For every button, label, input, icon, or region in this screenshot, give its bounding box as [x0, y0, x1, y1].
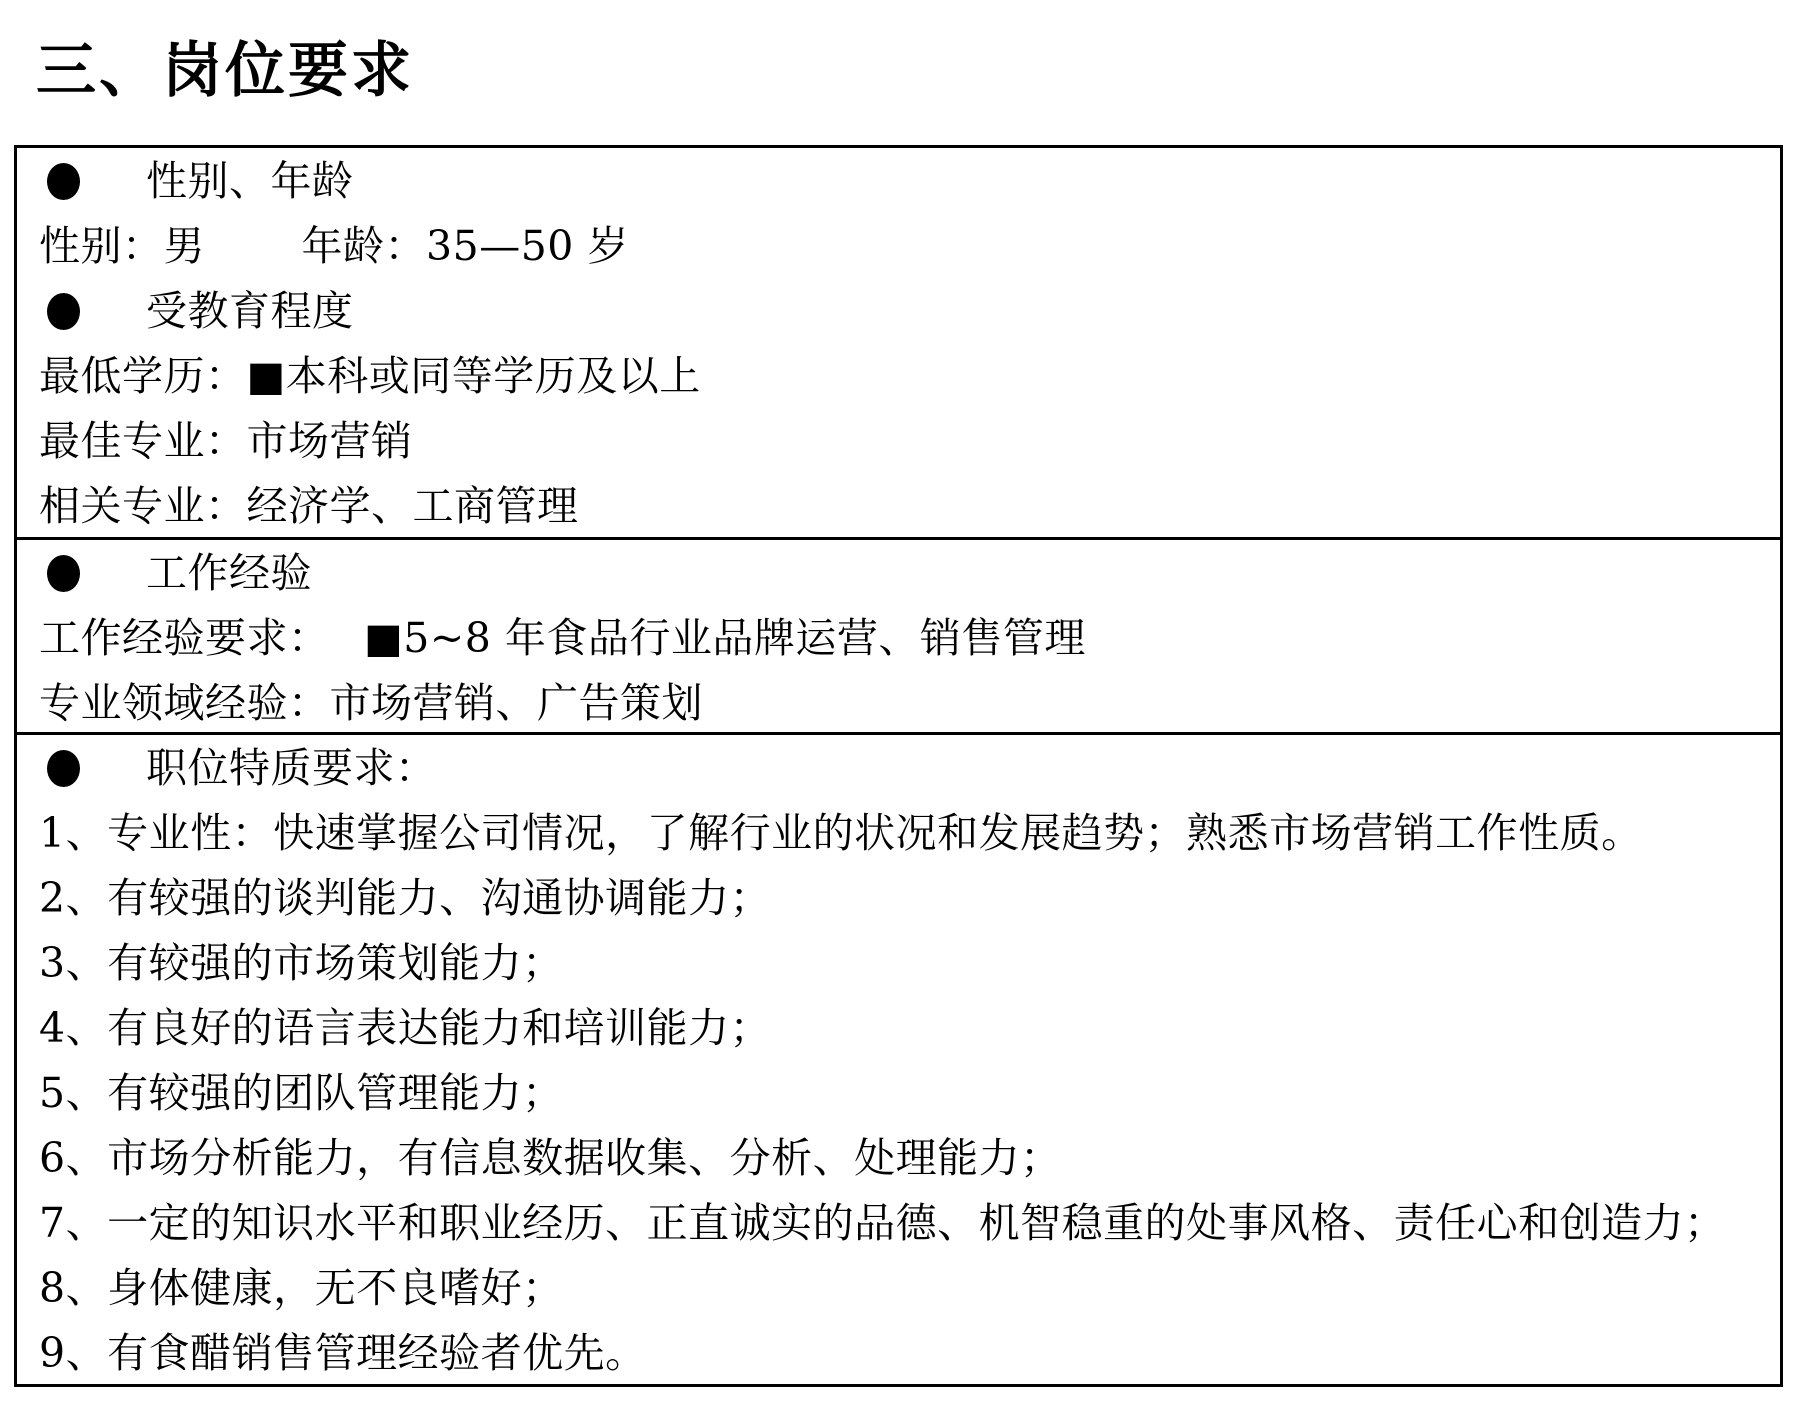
list-item: 4、有良好的语言表达能力和培训能力；	[17, 996, 1780, 1061]
line-text: 9、有食醋销售管理经验者优先。	[39, 1333, 647, 1374]
bullet-icon	[47, 163, 80, 200]
text-line: 工作经验要求： ■5~8 年食品行业品牌运营、销售管理	[17, 606, 1780, 671]
text-line: 职位特质要求：	[17, 736, 1780, 801]
line-text: 8、身体健康，无不良嗜好；	[39, 1268, 564, 1309]
line-text: 性别：男 年龄：35—50 岁	[39, 226, 629, 267]
list-item: 6、市场分析能力，有信息数据收集、分析、处理能力；	[17, 1126, 1780, 1191]
text-line: 性别、年龄	[17, 149, 1780, 214]
line-text: 性别、年龄	[146, 161, 354, 202]
table-row-work-experience: 工作经验 工作经验要求： ■5~8 年食品行业品牌运营、销售管理 专业领域经验：…	[17, 540, 1780, 735]
requirements-table: 性别、年龄 性别：男 年龄：35—50 岁 受教育程度 最低学历：■本科或同等学…	[14, 145, 1783, 1387]
line-text: 6、市场分析能力，有信息数据收集、分析、处理能力；	[39, 1138, 1062, 1179]
line-text: 最低学历：■本科或同等学历及以上	[39, 356, 701, 397]
list-item: 8、身体健康，无不良嗜好；	[17, 1256, 1780, 1321]
table-row-basic-info: 性别、年龄 性别：男 年龄：35—50 岁 受教育程度 最低学历：■本科或同等学…	[17, 148, 1780, 540]
bullet-icon	[47, 750, 80, 787]
list-item: 1、专业性：快速掌握公司情况，了解行业的状况和发展趋势；熟悉市场营销工作性质。	[17, 801, 1780, 866]
text-line: 受教育程度	[17, 279, 1780, 344]
text-line: 工作经验	[17, 541, 1780, 606]
list-item: 7、一定的知识水平和职业经历、正直诚实的品德、机智稳重的处事风格、责任心和创造力…	[17, 1191, 1780, 1256]
line-text: 7、一定的知识水平和职业经历、正直诚实的品德、机智稳重的处事风格、责任心和创造力…	[39, 1203, 1726, 1244]
text-line: 最佳专业：市场营销	[17, 409, 1780, 474]
text-line: 性别：男 年龄：35—50 岁	[17, 214, 1780, 279]
table-row-position-traits: 职位特质要求： 1、专业性：快速掌握公司情况，了解行业的状况和发展趋势；熟悉市场…	[17, 735, 1780, 1386]
line-text: 专业领域经验：市场营销、广告策划	[39, 683, 703, 724]
list-item: 2、有较强的谈判能力、沟通协调能力；	[17, 866, 1780, 931]
line-text: 工作经验	[146, 553, 312, 594]
line-text: 最佳专业：市场营销	[39, 421, 413, 462]
line-text: 2、有较强的谈判能力、沟通协调能力；	[39, 878, 771, 919]
line-text: 4、有良好的语言表达能力和培训能力；	[39, 1008, 771, 1049]
bullet-icon	[47, 293, 80, 330]
line-text: 受教育程度	[146, 291, 354, 332]
line-text: 3、有较强的市场策划能力；	[39, 943, 564, 984]
bullet-icon	[47, 555, 80, 592]
text-line: 最低学历：■本科或同等学历及以上	[17, 344, 1780, 409]
text-line: 相关专业：经济学、工商管理	[17, 474, 1780, 539]
line-text: 工作经验要求： ■5~8 年食品行业品牌运营、销售管理	[39, 618, 1086, 659]
line-text: 5、有较强的团队管理能力；	[39, 1073, 564, 1114]
line-text: 1、专业性：快速掌握公司情况，了解行业的状况和发展趋势；熟悉市场营销工作性质。	[39, 813, 1643, 854]
list-item: 5、有较强的团队管理能力；	[17, 1061, 1780, 1126]
list-item: 9、有食醋销售管理经验者优先。	[17, 1321, 1780, 1386]
page-title: 三、岗位要求	[36, 34, 414, 109]
line-text: 相关专业：经济学、工商管理	[39, 486, 579, 527]
line-text: 职位特质要求：	[146, 748, 437, 789]
list-item: 3、有较强的市场策划能力；	[17, 931, 1780, 996]
text-line: 专业领域经验：市场营销、广告策划	[17, 671, 1780, 736]
